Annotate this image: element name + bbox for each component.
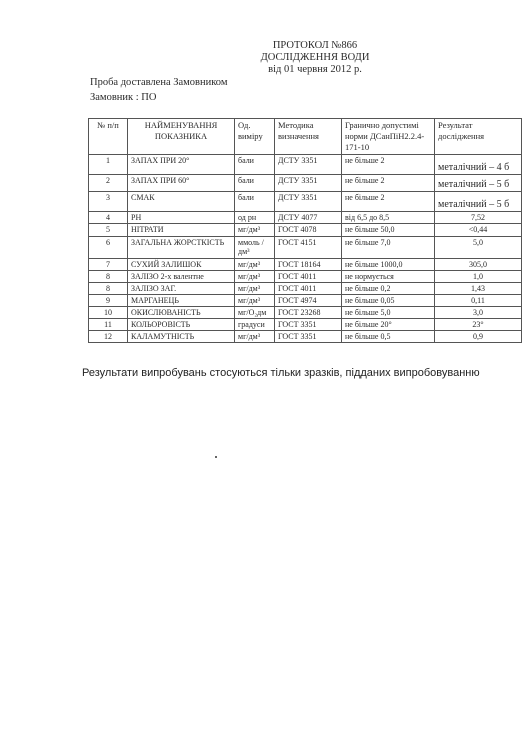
row-name: НІТРАТИ bbox=[128, 224, 235, 237]
table-row: 3СМАКбалиДСТУ 3351не більше 2металічний … bbox=[89, 192, 522, 212]
table-row: 6ЗАГАЛЬНА ЖОРСТКІСТЬммоль /дм³ГОСТ 4151н… bbox=[89, 237, 522, 259]
row-unit: мг/дм³ bbox=[235, 331, 275, 343]
row-unit: градуси bbox=[235, 319, 275, 331]
row-method: ГОСТ 4151 bbox=[275, 237, 342, 259]
row-method: ГОСТ 18164 bbox=[275, 259, 342, 271]
row-norm: не більше 7,0 bbox=[342, 237, 435, 259]
protocol-title: ПРОТОКОЛ №866 ДОСЛІДЖЕННЯ ВОДИ від 01 че… bbox=[0, 40, 530, 76]
row-unit: бали bbox=[235, 155, 275, 175]
row-norm: не більше 2 bbox=[342, 192, 435, 212]
row-name: ЗАЛІЗО 2-х валентне bbox=[128, 271, 235, 283]
row-result: 0,11 bbox=[435, 295, 522, 307]
row-unit: мг/дм³ bbox=[235, 283, 275, 295]
row-unit: од рн bbox=[235, 212, 275, 224]
row-method: ДСТУ 3351 bbox=[275, 155, 342, 175]
row-name: МАРГАНЕЦЬ bbox=[128, 295, 235, 307]
row-result: металічний – 4 б bbox=[435, 155, 522, 175]
table-row: 9МАРГАНЕЦЬмг/дм³ГОСТ 4974не більше 0,050… bbox=[89, 295, 522, 307]
row-result: 1,0 bbox=[435, 271, 522, 283]
row-no: 2 bbox=[89, 175, 128, 192]
table-row: 2ЗАПАХ ПРИ 60°балиДСТУ 3351не більше 2ме… bbox=[89, 175, 522, 192]
row-unit: мг/дм³ bbox=[235, 224, 275, 237]
row-unit: бали bbox=[235, 192, 275, 212]
row-norm: не більше 0,05 bbox=[342, 295, 435, 307]
row-name: PH bbox=[128, 212, 235, 224]
row-norm: не більше 2 bbox=[342, 155, 435, 175]
table-row: 8ЗАЛІЗО 2-х валентнемг/дм³ГОСТ 4011не но… bbox=[89, 271, 522, 283]
row-norm: не більше 0,2 bbox=[342, 283, 435, 295]
row-no: 10 bbox=[89, 307, 128, 319]
row-method: ГОСТ 4078 bbox=[275, 224, 342, 237]
protocol-subject: ДОСЛІДЖЕННЯ ВОДИ bbox=[100, 52, 530, 64]
row-result: 0,9 bbox=[435, 331, 522, 343]
table-row: 7СУХИЙ ЗАЛИШОКмг/дм³ГОСТ 18164не більше … bbox=[89, 259, 522, 271]
table-row: 12КАЛАМУТНІСТЬмг/дм³ГОСТ 3351не більше 0… bbox=[89, 331, 522, 343]
table-row: 8ЗАЛІЗО ЗАГ.мг/дм³ГОСТ 4011не більше 0,2… bbox=[89, 283, 522, 295]
row-norm: не більше 1000,0 bbox=[342, 259, 435, 271]
row-name: КОЛЬОРОВІСТЬ bbox=[128, 319, 235, 331]
row-result: 23° bbox=[435, 319, 522, 331]
row-result: 1,43 bbox=[435, 283, 522, 295]
row-no: 5 bbox=[89, 224, 128, 237]
table-row: 1ЗАПАХ ПРИ 20°балиДСТУ 3351не більше 2ме… bbox=[89, 155, 522, 175]
row-no: 6 bbox=[89, 237, 128, 259]
row-result: 3,0 bbox=[435, 307, 522, 319]
row-method: ГОСТ 23268 bbox=[275, 307, 342, 319]
row-unit: мг/дм³ bbox=[235, 295, 275, 307]
table-header-row: № п/п НАЙМЕНУВАННЯ ПОКАЗНИКА Од. виміру … bbox=[89, 119, 522, 155]
row-norm: не нормується bbox=[342, 271, 435, 283]
row-result: <0,44 bbox=[435, 224, 522, 237]
row-no: 3 bbox=[89, 192, 128, 212]
row-no: 11 bbox=[89, 319, 128, 331]
row-result: 305,0 bbox=[435, 259, 522, 271]
header-method: Методика визначення bbox=[275, 119, 342, 155]
row-method: ГОСТ 4974 bbox=[275, 295, 342, 307]
row-unit: мг/дм³ bbox=[235, 259, 275, 271]
row-name: ЗАЛІЗО ЗАГ. bbox=[128, 283, 235, 295]
row-method: ГОСТ 3351 bbox=[275, 331, 342, 343]
row-unit: бали bbox=[235, 175, 275, 192]
row-no: 1 bbox=[89, 155, 128, 175]
row-no: 8 bbox=[89, 283, 128, 295]
row-no: 9 bbox=[89, 295, 128, 307]
row-name: ЗАПАХ ПРИ 20° bbox=[128, 155, 235, 175]
row-result: 5,0 bbox=[435, 237, 522, 259]
table-row: 10ОКИСЛЮВАНІСТЬмг/О₂дмГОСТ 23268не більш… bbox=[89, 307, 522, 319]
row-name: СМАК bbox=[128, 192, 235, 212]
row-norm: не більше 0,5 bbox=[342, 331, 435, 343]
row-name: СУХИЙ ЗАЛИШОК bbox=[128, 259, 235, 271]
row-result: металічний – 5 б bbox=[435, 175, 522, 192]
row-norm: не більше 2 bbox=[342, 175, 435, 192]
scan-speck bbox=[215, 456, 217, 458]
row-unit: мг/О₂дм bbox=[235, 307, 275, 319]
row-norm: від 6,5 до 8,5 bbox=[342, 212, 435, 224]
header-name: НАЙМЕНУВАННЯ ПОКАЗНИКА bbox=[128, 119, 235, 155]
header-no: № п/п bbox=[89, 119, 128, 155]
row-method: ДСТУ 3351 bbox=[275, 192, 342, 212]
table-row: 11КОЛЬОРОВІСТЬградусиГОСТ 3351не більше … bbox=[89, 319, 522, 331]
row-norm: не більше 5,0 bbox=[342, 307, 435, 319]
row-method: ГОСТ 4011 bbox=[275, 271, 342, 283]
row-name: ЗАГАЛЬНА ЖОРСТКІСТЬ bbox=[128, 237, 235, 259]
row-norm: не більше 20° bbox=[342, 319, 435, 331]
protocol-number: ПРОТОКОЛ №866 bbox=[100, 40, 530, 52]
table-row: 5НІТРАТИмг/дм³ГОСТ 4078не більше 50,0<0,… bbox=[89, 224, 522, 237]
row-method: ДСТУ 3351 bbox=[275, 175, 342, 192]
row-result: 7,52 bbox=[435, 212, 522, 224]
row-name: ЗАПАХ ПРИ 60° bbox=[128, 175, 235, 192]
customer: Замовник : ПО bbox=[90, 90, 228, 105]
row-name: ОКИСЛЮВАНІСТЬ bbox=[128, 307, 235, 319]
header-result: Результат дослідження bbox=[435, 119, 522, 155]
row-method: ГОСТ 3351 bbox=[275, 319, 342, 331]
table-row: 4PHод рнДСТУ 4077від 6,5 до 8,57,52 bbox=[89, 212, 522, 224]
header-norm: Гранично допустимі норми ДСанПіН2.2.4-17… bbox=[342, 119, 435, 155]
row-unit: ммоль /дм³ bbox=[235, 237, 275, 259]
row-norm: не більше 50,0 bbox=[342, 224, 435, 237]
disclaimer-note: Результати випробувань стосуються тільки… bbox=[82, 367, 480, 379]
header-unit: Од. виміру bbox=[235, 119, 275, 155]
row-method: ГОСТ 4011 bbox=[275, 283, 342, 295]
row-name: КАЛАМУТНІСТЬ bbox=[128, 331, 235, 343]
row-no: 4 bbox=[89, 212, 128, 224]
row-method: ДСТУ 4077 bbox=[275, 212, 342, 224]
sample-info: Проба доставлена Замовником Замовник : П… bbox=[90, 75, 228, 105]
row-result: металічний – 5 б bbox=[435, 192, 522, 212]
row-unit: мг/дм³ bbox=[235, 271, 275, 283]
row-no: 7 bbox=[89, 259, 128, 271]
row-no: 8 bbox=[89, 271, 128, 283]
results-table: № п/п НАЙМЕНУВАННЯ ПОКАЗНИКА Од. виміру … bbox=[88, 118, 522, 343]
row-no: 12 bbox=[89, 331, 128, 343]
sample-delivered: Проба доставлена Замовником bbox=[90, 75, 228, 90]
